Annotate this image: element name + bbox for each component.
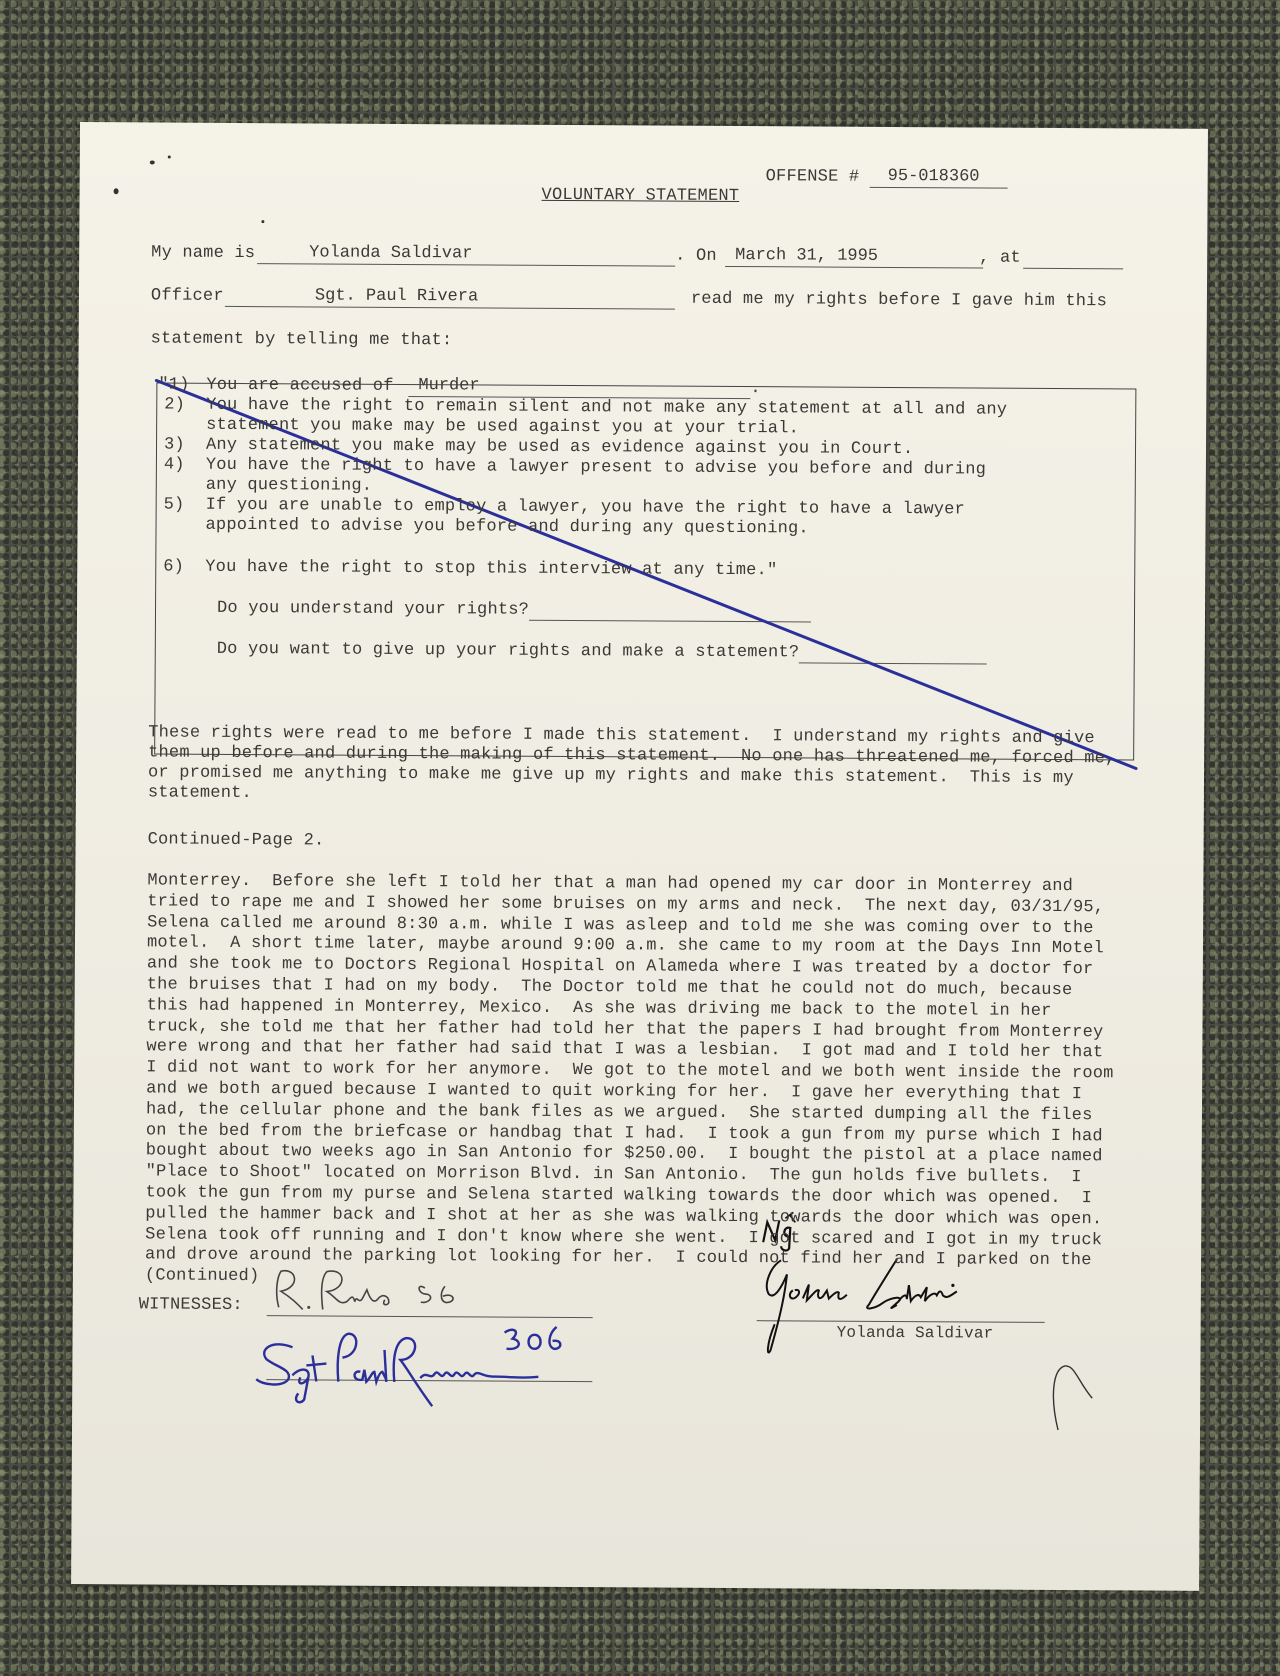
continued-heading: Continued-Page 2. — [148, 829, 325, 851]
right-number: 6) — [163, 557, 184, 578]
statement-paper: OFFENSE # 95-018360 VOLUNTARY STATEMENT … — [71, 122, 1208, 1591]
right-number: 4) — [164, 455, 185, 476]
right-number: 5) — [164, 495, 185, 516]
right-text: You are accused of — [206, 375, 393, 397]
waiver-line: statement. — [148, 782, 252, 804]
pen-mark — [1042, 1358, 1123, 1448]
witness-2-signature: Sgt Paul Rivera 306 — [252, 1319, 593, 1411]
witness-1-signature: R. Rivera 86 — [267, 1263, 527, 1325]
right-text: appointed to advise you before and durin… — [205, 515, 808, 540]
right-number: 2) — [164, 395, 185, 416]
accused-of-period: . — [750, 378, 761, 399]
witnesses-label: WITNESSES: — [139, 1294, 243, 1316]
right-text: any questioning. — [206, 475, 373, 497]
body-line: (Continued) — [145, 1266, 260, 1288]
right-number: 3) — [164, 435, 185, 456]
right-text: You have the right to stop this intervie… — [205, 557, 777, 581]
right-number: "1) — [158, 374, 189, 395]
accused-of-value: Murder — [418, 376, 479, 395]
